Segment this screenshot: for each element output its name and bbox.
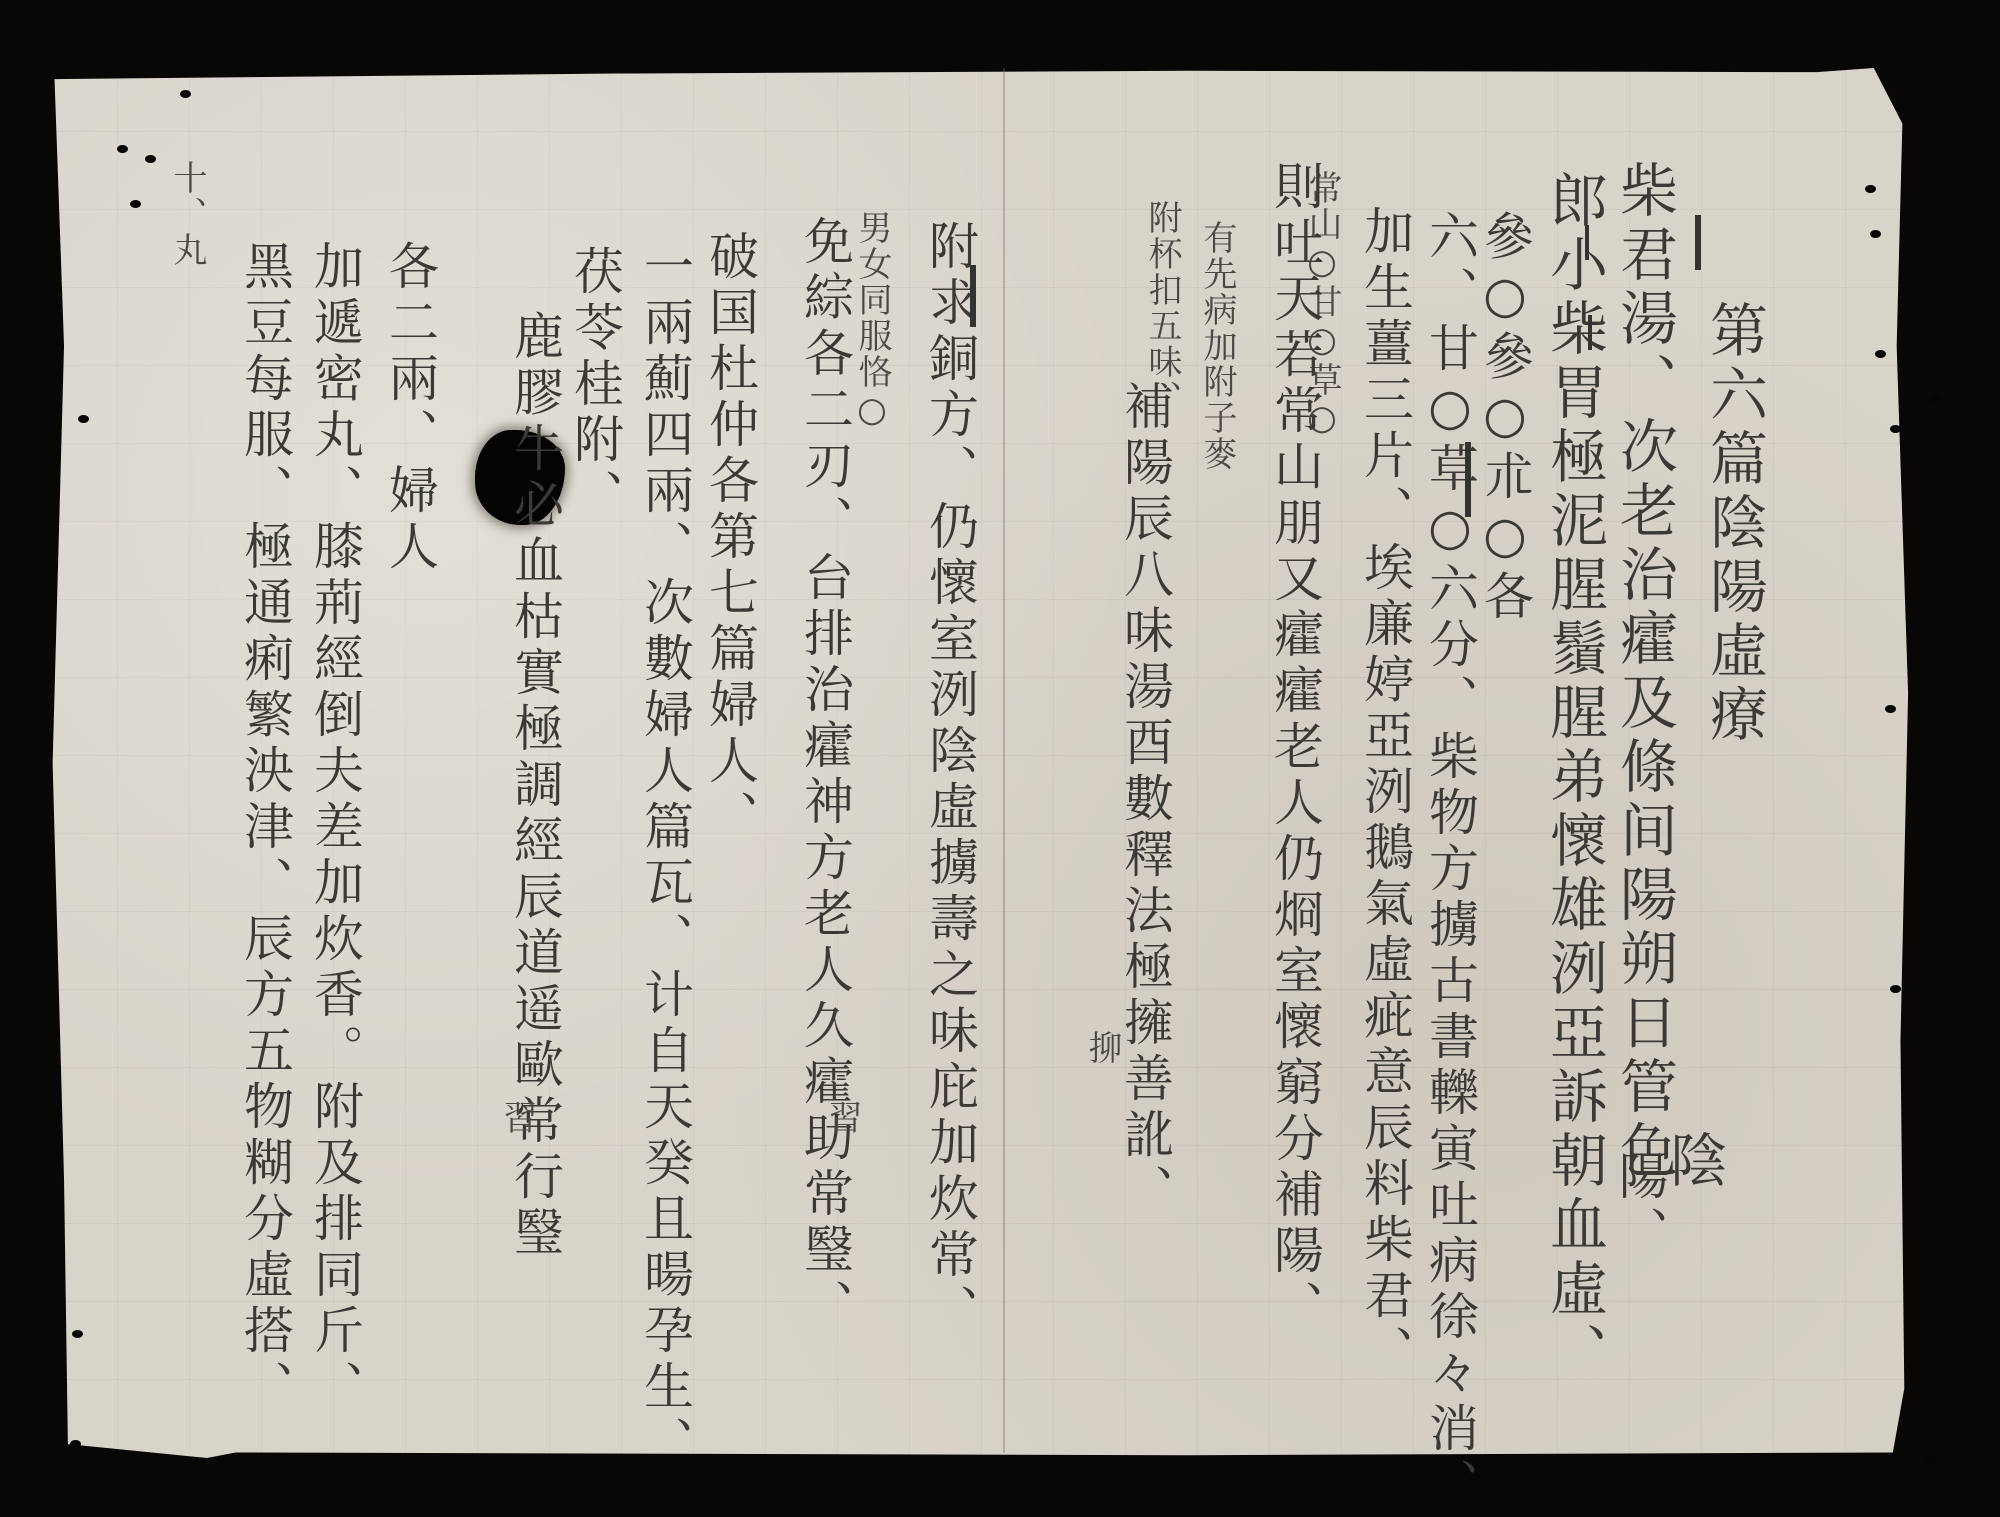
text-column: 十、丸	[170, 160, 204, 268]
text-column: 則吐天若常山朋又癨癨老人仍烱室懷窮分補陽、	[1270, 160, 1320, 1336]
bracket-mark	[1695, 215, 1701, 270]
binding-hole	[78, 415, 89, 423]
text-column: 加遞密丸、膝荊經倒夫差加炊香。附及排同斤、	[310, 240, 360, 1416]
text-column: 補陽辰八味湯酉數釋法極擁善訛、	[1120, 380, 1170, 1220]
text-column: 第六篇陰陽虛療	[1705, 300, 1763, 748]
text-column: 各二兩、婦人	[385, 240, 435, 576]
text-column: 郎小柴胃極泥腥鬚腥弟懷雄洌亞訴朝血虛、	[1545, 170, 1603, 1386]
binding-hole	[130, 200, 141, 208]
text-column: 附求銅方、仍懷室洌陰虛擄壽之味庇加炊常、	[925, 220, 975, 1340]
binding-hole	[1890, 985, 1901, 993]
text-column: 黑豆每服、極通痢繁泱津、辰方五物糊分虛搭、	[240, 240, 290, 1416]
text-column: 破国杜仲各第七篇婦人、	[705, 230, 755, 846]
text-column: 加生薑三片、埃廉婷亞洌鵝氣虛疵意辰料柴君、	[1360, 205, 1410, 1381]
binding-hole	[1885, 705, 1896, 713]
text-column: 柴君湯、次老治癨及條间陽朔日管色	[1615, 160, 1673, 1184]
bracket-mark	[1585, 225, 1589, 260]
text-column: 茯苓桂附、	[570, 245, 620, 525]
text-column: 男女同服恪○	[855, 210, 889, 432]
binding-hole	[1930, 395, 1941, 403]
binding-hole	[145, 155, 156, 163]
text-column: 免綜各二刃、台排治癨神方老人久癨助常瑿、	[800, 215, 850, 1335]
bracket-mark	[1465, 442, 1471, 517]
binding-hole	[1890, 425, 1901, 433]
text-column: 六、甘○草○六分、柴物方擄古書轢寅吐病徐々消、	[1425, 210, 1475, 1514]
text-column: 有先病加附子麥	[1200, 220, 1234, 472]
binding-hole	[1925, 1455, 1936, 1463]
binding-hole	[117, 145, 128, 153]
center-fold-line	[1003, 68, 1005, 1453]
binding-hole	[70, 1440, 81, 1448]
binding-hole	[1875, 350, 1886, 358]
text-column: 習	[500, 1100, 534, 1136]
text-column: 㧕	[1085, 1030, 1119, 1066]
binding-hole	[72, 1330, 83, 1338]
binding-hole	[1870, 230, 1881, 238]
binding-hole	[1865, 185, 1876, 193]
binding-hole	[180, 90, 191, 98]
text-column: 習	[825, 1100, 859, 1136]
text-column: 一兩薊四兩、次數婦人篇瓦、计自天癸且暘孕生、	[640, 240, 690, 1472]
bracket-mark	[970, 265, 976, 327]
bracket-mark	[1588, 315, 1592, 350]
text-column: 參○參○朮○各	[1480, 210, 1530, 626]
